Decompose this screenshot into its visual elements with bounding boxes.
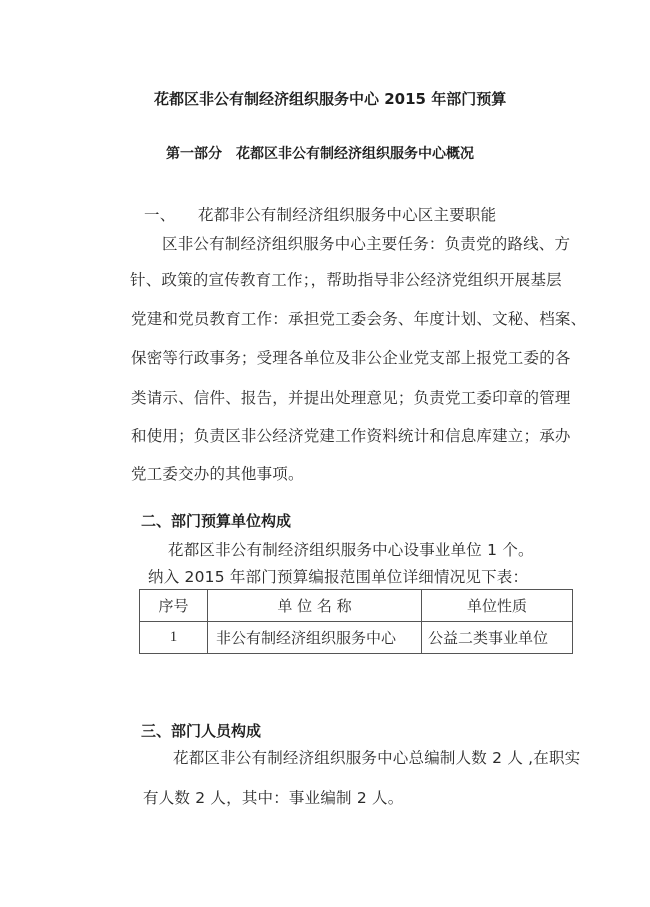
section2-heading: 二、部门预算单位构成: [141, 510, 291, 531]
cell-unit-nature: 公益二类事业单位: [422, 622, 573, 654]
section1-line: 类请示、信件、报告，并提出处理意见；负责党工委印章的管理: [131, 386, 571, 408]
section1-number: 一、: [144, 203, 175, 225]
section1-heading: 花都非公有制经济组织服务中心区主要职能: [198, 203, 496, 225]
section3-line1: 花都区非公有制经济组织服务中心总编制人数 2 人 ,在职实: [173, 746, 580, 768]
document-title: 花都区非公有制经济组织服务中心 2015 年部门预算: [154, 88, 506, 109]
table-header-row: 序号 单 位 名 称 单位性质: [140, 590, 573, 622]
table-row: 1 非公有制经济组织服务中心 公益二类事业单位: [140, 622, 573, 654]
part-heading: 第一部分 花都区非公有制经济组织服务中心概况: [166, 143, 474, 163]
header-index: 序号: [140, 590, 208, 622]
header-unit-name: 单 位 名 称: [208, 590, 422, 622]
budget-units-table: 序号 单 位 名 称 单位性质 1 非公有制经济组织服务中心 公益二类事业单位: [139, 589, 573, 654]
section1-line: 党建和党员教育工作：承担党工委会务、年度计划、文秘、档案、: [131, 307, 586, 329]
section3-line2: 有人数 2 人，其中：事业编制 2 人。: [143, 786, 403, 808]
section1-line: 党工委交办的其他事项。: [131, 462, 304, 484]
section1-line: 区非公有制经济组织服务中心主要任务：负责党的路线、方: [162, 232, 570, 254]
section3-heading: 三、部门人员构成: [141, 720, 261, 741]
header-unit-nature: 单位性质: [422, 590, 573, 622]
section1-line: 针、政策的宣传教育工作；，帮助指导非公经济党组织开展基层: [130, 268, 562, 290]
section1-line: 和使用；负责区非公经济党建工作资料统计和信息库建立；承办: [131, 424, 571, 446]
cell-unit-name: 非公有制经济组织服务中心: [208, 622, 422, 654]
section1-line: 保密等行政事务；受理各单位及非公企业党支部上报党工委的各: [131, 346, 571, 368]
section2-line1: 花都区非公有制经济组织服务中心设事业单位 1 个。: [168, 538, 534, 560]
section2-line2: 纳入 2015 年部门预算编报范围单位详细情况见下表：: [148, 565, 528, 587]
cell-index: 1: [140, 622, 208, 654]
